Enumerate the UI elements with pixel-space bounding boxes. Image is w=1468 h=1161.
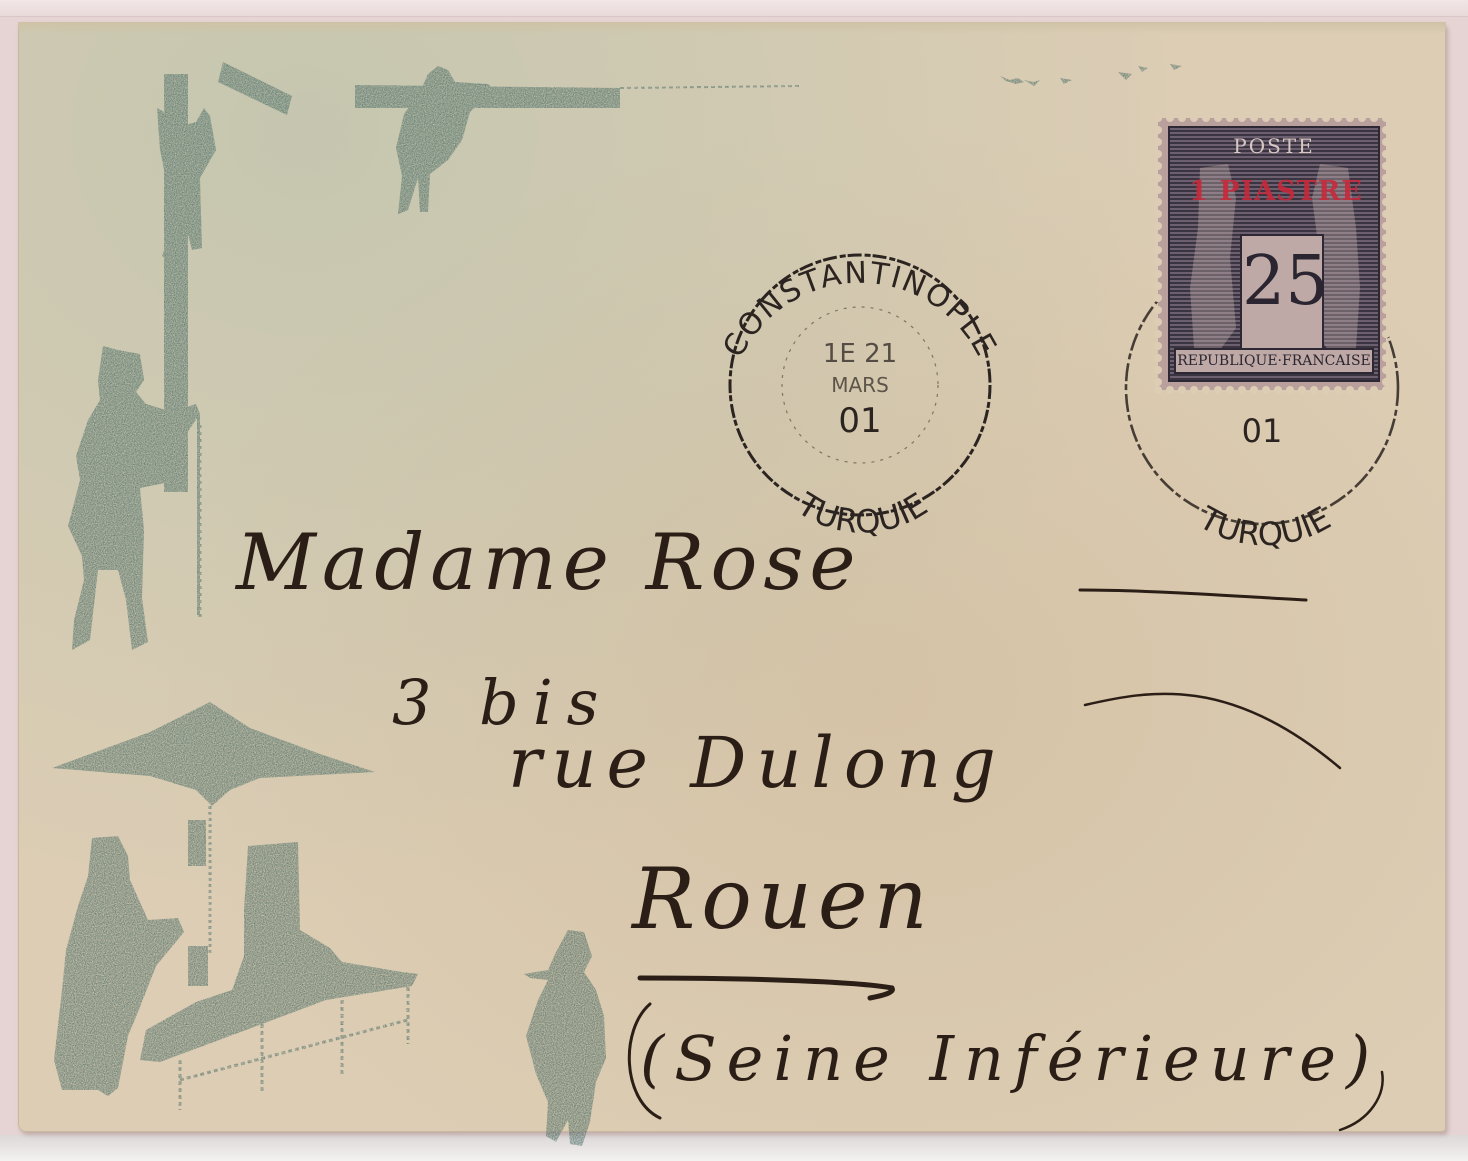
address-region: (Seine Inférieure) xyxy=(640,1022,1380,1095)
address-underlines xyxy=(0,0,1468,1161)
address-city: Rouen xyxy=(632,850,934,948)
address-street: rue Dulong xyxy=(508,722,1006,804)
